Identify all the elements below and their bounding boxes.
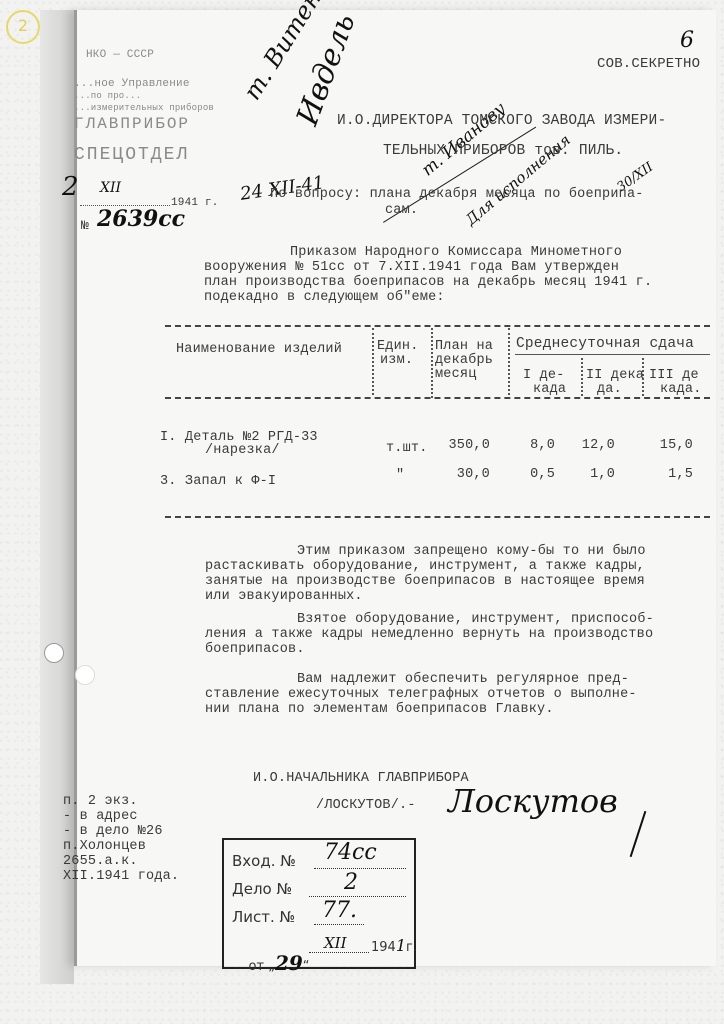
stamp-year-suffix: г. <box>406 940 417 955</box>
date-month-handwritten: XII <box>100 180 121 196</box>
distribution-line: 2655.а.к. <box>63 854 138 869</box>
cell-decade-1: 8,0 <box>515 438 555 453</box>
header-decade-1: I де- <box>523 368 565 383</box>
cell-unit: " <box>396 468 404 483</box>
incoming-registration-stamp: Вход. № 74сс Дело № 2 Лист. № 77. от „29… <box>222 838 416 969</box>
header-plan: месяц <box>435 367 477 382</box>
page-mark-circle: 2 <box>6 10 40 44</box>
stamp-date-day: 29 <box>275 951 303 975</box>
cell-decade-1: 0,5 <box>515 467 555 482</box>
stamp-label: Вход. № <box>232 852 296 870</box>
text-line: Этим приказом запрещено кому-бы то ни бы… <box>297 544 646 559</box>
stamp-incoming-number: 74сс <box>324 840 377 865</box>
header-decade-2: да. <box>597 382 622 397</box>
subject-line: сам. <box>385 203 418 218</box>
cell-decade-2: 1,0 <box>570 467 615 482</box>
margin-handwriting: 2 <box>62 172 79 202</box>
column-divider <box>372 328 374 395</box>
signature-title: И.О.НАЧАЛЬНИКА ГЛАВПРИБОРА <box>253 771 469 786</box>
letterhead-line: НКО — СССР <box>86 48 154 63</box>
text-line: ления а также кадры немедленно вернуть н… <box>205 627 653 642</box>
header-daily: Среднесуточная сдача <box>516 337 694 352</box>
stamp-line <box>309 896 406 897</box>
cell-plan: 30,0 <box>430 467 490 482</box>
text-line: Вам надлежит обеспечить регулярное пред- <box>297 672 629 687</box>
column-divider <box>508 328 510 395</box>
table-bottom-rule <box>165 516 710 518</box>
letterhead-line: ...измерительных приборов <box>74 101 214 116</box>
header-decade-3: III де <box>649 368 699 383</box>
header-decade-3: када. <box>660 382 702 397</box>
cell-name-sub: /нарезка/ <box>205 443 280 458</box>
cell-decade-3: 15,0 <box>648 438 693 453</box>
stamp-sheet-number: 77. <box>322 898 357 923</box>
distribution-line: - в адрес <box>63 809 138 824</box>
distribution-line: п.Холонцев <box>63 839 146 854</box>
stamp-line <box>314 924 364 925</box>
cell-plan: 350,0 <box>430 438 490 453</box>
stamp-line <box>314 868 406 869</box>
header-plan: декабрь <box>435 353 493 368</box>
number-label: № <box>81 218 89 233</box>
header-decade-1: када <box>533 382 566 397</box>
header-decade-2: II дека <box>586 368 644 383</box>
stamp-date-month: XII <box>324 934 347 952</box>
stamp-date-year: 1941г. <box>371 936 417 955</box>
header-unit: изм. <box>380 353 413 368</box>
cell-decade-3: 1,5 <box>648 467 693 482</box>
stamp-label: Дело № <box>232 880 292 898</box>
cell-name: 3. Запал к Ф-I <box>160 474 276 489</box>
text-line: подекадно в следующем об"еме: <box>204 290 445 305</box>
distribution-line: п. 2 экз. <box>63 794 138 809</box>
text-line: занятые на производстве боеприпасов в на… <box>205 574 645 589</box>
table-top-rule <box>165 325 710 327</box>
header-underline <box>515 354 710 355</box>
stamp-date-quote: “ <box>303 959 310 974</box>
addressee-line: И.О.ДИРЕКТОРА ТОМСКОГО ЗАВОДА ИЗМЕРИ- <box>337 114 666 129</box>
stamp-line <box>309 952 369 953</box>
header-unit: Един. <box>377 339 419 354</box>
text-line: боеприпасов. <box>205 642 305 657</box>
table-header-rule <box>165 397 710 399</box>
punch-hole <box>75 665 95 685</box>
handwritten-signature: Лоскутов <box>448 782 618 820</box>
text-line: Приказом Народного Комиссара Минометного <box>290 245 622 260</box>
distribution-line: XII.1941 года. <box>63 869 179 884</box>
header-plan: План на <box>435 339 493 354</box>
letterhead-line: СПЕЦОТДЕЛ <box>74 148 189 163</box>
cell-unit: т.шт. <box>386 441 428 456</box>
column-divider <box>431 328 433 398</box>
column-divider <box>581 358 583 396</box>
header-name: Наименование изделий <box>176 342 342 357</box>
text-line: ставление ежесуточных телеграфных отчето… <box>205 687 637 702</box>
stamp-date-row: от „29“ <box>232 936 310 990</box>
text-line: нии плана по элементам боеприпасов Главк… <box>205 702 554 717</box>
cell-decade-2: 12,0 <box>570 438 615 453</box>
letterhead-line: ГЛАВПРИБОР <box>74 117 190 132</box>
addressee-line: ТЕЛЬНЫХ ПРИБОРОВ тов. ПИЛЬ. <box>383 144 623 159</box>
stamp-file-number: 2 <box>344 870 358 895</box>
outgoing-number: 2639сс <box>97 206 185 232</box>
text-line: растаскивать оборудование, инструмент, а… <box>205 559 645 574</box>
signature-name: /ЛОСКУТОВ/.- <box>316 798 416 813</box>
text-line: или эвакуированных. <box>205 589 363 604</box>
distribution-line: - в дело №26 <box>63 824 163 839</box>
stamp-year-printed: 194 <box>371 940 396 955</box>
stamp-label: Лист. № <box>232 908 295 926</box>
text-line: вооружения № 51сс от 7.XII.1941 года Вам… <box>204 260 619 275</box>
stamp-year-handwritten: 1 <box>396 936 406 955</box>
subject-line: По вопросу: плана декабря месяца по боеп… <box>270 187 644 202</box>
text-line: план производства боеприпасов на декабрь… <box>204 275 652 290</box>
stamp-date-prefix: от „ <box>249 959 275 974</box>
page-number: 6 <box>680 28 694 53</box>
classification-mark: СОВ.СЕКРЕТНО <box>597 57 700 72</box>
punch-hole <box>44 643 64 663</box>
text-line: Взятое оборудование, инструмент, приспос… <box>297 612 654 627</box>
